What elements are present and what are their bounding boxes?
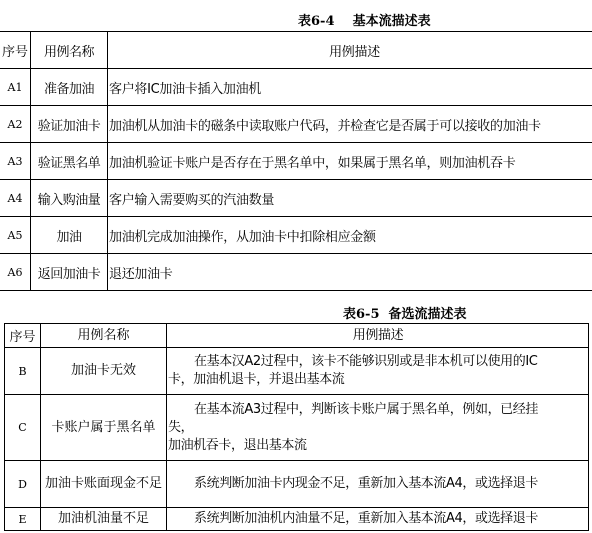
desc-line: 加油机吞卡，退出基本流 <box>168 437 588 455</box>
desc-line: 系统判断加油机内油量不足，重新加入基本流A4，或选择退卡 <box>168 510 588 528</box>
desc-line: 在基本汉A2过程中，该卡不能够识别或是非本机可以使用的IC <box>168 353 588 371</box>
row-seq: E <box>5 508 41 531</box>
table-row: A6 返回加油卡 退还加油卡 <box>0 254 592 291</box>
row-name: 输入购油量 <box>31 180 108 217</box>
table-row: C 卡账户属于黑名单 在基本流A3过程中，判断该卡账户属于黑名单，例如，已经挂 … <box>5 395 589 461</box>
alternate-flow-table: 序号 用例名称 用例描述 B 加油卡无效 在基本汉A2过程中，该卡不能够识别或是… <box>4 323 589 531</box>
table-row: A3 验证黑名单 加油机验证卡账户是否存在于黑名单中，如果属于黑名单，则加油机吞… <box>0 143 592 180</box>
table-6-4-caption: 表6-4 基本流描述表 <box>298 10 431 29</box>
row-name: 加油卡无效 <box>41 348 167 395</box>
row-seq: A5 <box>0 217 31 254</box>
desc-line: 系统判断加油卡内现金不足，重新加入基本流A4，或选择退卡 <box>168 475 588 493</box>
row-desc: 加油机从加油卡的磁条中读取账户代码，并检查它是否属于可以接收的加油卡 <box>108 106 592 143</box>
table-row: A2 验证加油卡 加油机从加油卡的磁条中读取账户代码，并检查它是否属于可以接收的… <box>0 106 592 143</box>
row-name: 准备加油 <box>31 69 108 106</box>
row-seq: A4 <box>0 180 31 217</box>
desc-line: 在基本流A3过程中，判断该卡账户属于黑名单，例如，已经挂 <box>168 401 588 419</box>
desc-line: 失， <box>168 419 588 437</box>
row-desc: 系统判断加油机内油量不足，重新加入基本流A4，或选择退卡 <box>167 508 589 531</box>
table-header-row: 序号 用例名称 用例描述 <box>5 324 589 348</box>
row-seq: C <box>5 395 41 461</box>
table-row: D 加油卡账面现金不足 系统判断加油卡内现金不足，重新加入基本流A4，或选择退卡 <box>5 461 589 508</box>
table-6-5-caption: 表6-5 备选流描述表 <box>343 303 467 322</box>
row-name: 验证黑名单 <box>31 143 108 180</box>
row-seq: A2 <box>0 106 31 143</box>
row-seq: A3 <box>0 143 31 180</box>
row-name: 加油卡账面现金不足 <box>41 461 167 508</box>
header-seq: 序号 <box>0 32 31 69</box>
row-desc: 客户输入需要购买的汽油数量 <box>108 180 592 217</box>
row-name: 加油机油量不足 <box>41 508 167 531</box>
row-name: 加油 <box>31 217 108 254</box>
row-desc: 系统判断加油卡内现金不足，重新加入基本流A4，或选择退卡 <box>167 461 589 508</box>
table-row: A5 加油 加油机完成加油操作，从加油卡中扣除相应金额 <box>0 217 592 254</box>
row-desc: 客户将IC加油卡插入加油机 <box>108 69 592 106</box>
row-desc: 退还加油卡 <box>108 254 592 291</box>
table-row: E 加油机油量不足 系统判断加油机内油量不足，重新加入基本流A4，或选择退卡 <box>5 508 589 531</box>
row-desc: 在基本汉A2过程中，该卡不能够识别或是非本机可以使用的IC 卡，加油机退卡，并退… <box>167 348 589 395</box>
basic-flow-table: 序号 用例名称 用例描述 A1 准备加油 客户将IC加油卡插入加油机 A2 验证… <box>0 31 592 291</box>
row-name: 卡账户属于黑名单 <box>41 395 167 461</box>
row-desc: 加油机完成加油操作，从加油卡中扣除相应金额 <box>108 217 592 254</box>
desc-line: 卡，加油机退卡，并退出基本流 <box>168 371 588 389</box>
row-desc: 加油机验证卡账户是否存在于黑名单中，如果属于黑名单，则加油机吞卡 <box>108 143 592 180</box>
table-row: A4 输入购油量 客户输入需要购买的汽油数量 <box>0 180 592 217</box>
row-seq: B <box>5 348 41 395</box>
table-header-row: 序号 用例名称 用例描述 <box>0 32 592 69</box>
row-seq: D <box>5 461 41 508</box>
header-desc: 用例描述 <box>167 324 589 348</box>
row-name: 返回加油卡 <box>31 254 108 291</box>
header-name: 用例名称 <box>41 324 167 348</box>
row-desc: 在基本流A3过程中，判断该卡账户属于黑名单，例如，已经挂 失， 加油机吞卡，退出… <box>167 395 589 461</box>
row-name: 验证加油卡 <box>31 106 108 143</box>
row-seq: A1 <box>0 69 31 106</box>
header-seq: 序号 <box>5 324 41 348</box>
header-desc: 用例描述 <box>108 32 592 69</box>
table-row: B 加油卡无效 在基本汉A2过程中，该卡不能够识别或是非本机可以使用的IC 卡，… <box>5 348 589 395</box>
table-row: A1 准备加油 客户将IC加油卡插入加油机 <box>0 69 592 106</box>
header-name: 用例名称 <box>31 32 108 69</box>
row-seq: A6 <box>0 254 31 291</box>
